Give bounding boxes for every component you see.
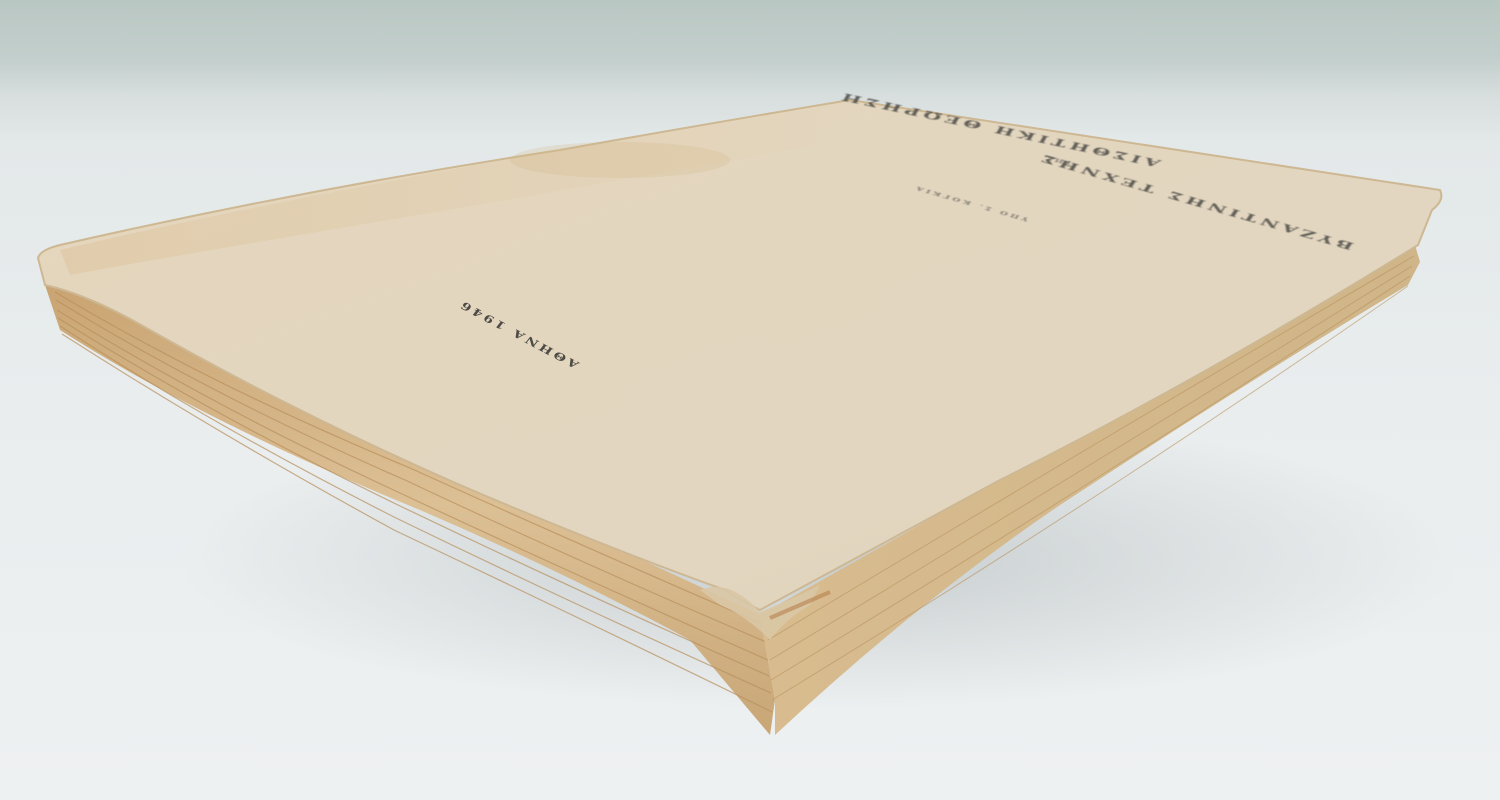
book-illustration [0,0,1500,800]
photo-scene: ΑΙΣΘΗΤΙΚΗ ΘΕΩΡΗΣΗ ΤΗΣ ΒΥΖΑΝΤΙΝΗΣ ΤΕΧΝΗΣ … [0,0,1500,800]
